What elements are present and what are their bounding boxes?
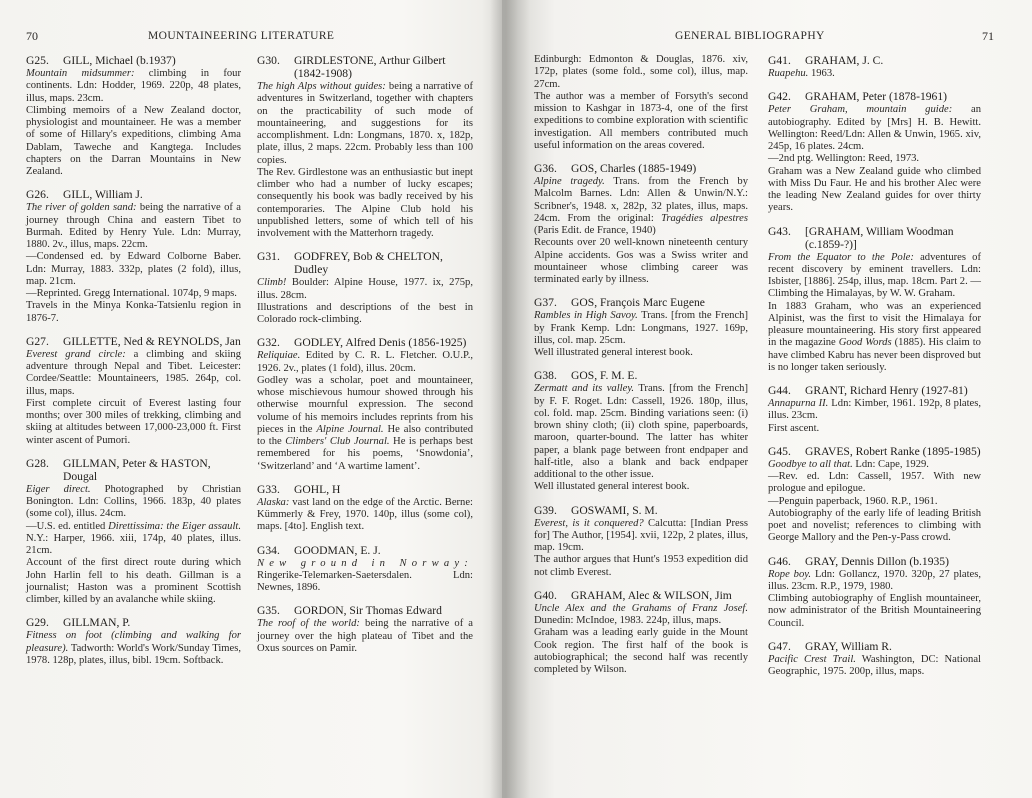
entry-author: GRAVES, Robert Ranke (1895-1985) [805,445,981,458]
entry-id: G34. [257,544,294,557]
entry-heading: G44.GRANT, Richard Henry (1927-81) [768,384,981,397]
entry-note: —Condensed ed. by Edward Colborne Baber.… [26,251,241,288]
entry-details: Trans. [from the French] by F. F. Roget.… [534,383,748,480]
entry-note: Account of the first direct route during… [26,557,241,606]
entry-id: G38. [534,369,571,382]
page-number: 71 [982,29,994,44]
entry-author: [GRAHAM, William Woodman (c.1859-?)] [805,225,981,251]
entry-title: Reliquiae. [257,350,300,361]
entry-title: Rambles in High Savoy. [534,310,638,321]
entry-title: Goodbye to all that. [768,459,853,470]
entry-note: Climbing autobiography of English mounta… [768,593,981,630]
entry-details: Ldn: Cape, 1929. [853,459,929,470]
entry-note: —Reprinted. Gregg International. 1074p, … [26,288,241,300]
entry-citation: Fitness on foot (climbing and walking fo… [26,630,241,667]
entry-heading: G31.GODFREY, Bob & CHELTON, Dudley [257,250,473,276]
entry-citation: Everest grand circle: a climbing and ski… [26,349,241,398]
entry-note: First ascent. [768,423,981,435]
entry-id: G47. [768,640,805,653]
entry-citation: Climb! Boulder: Alpine House, 1977. ix, … [257,277,473,302]
entry-heading: G29.GILLMAN, P. [26,616,241,629]
entry-citation: Everest, is it conquered? Calcutta: [Ind… [534,518,748,555]
entry-author: GRAY, William R. [805,640,981,653]
entry-citation: Reliquiae. Edited by C. R. L. Fletcher. … [257,350,473,375]
entry-note: The author argues that Hunt's 1953 exped… [534,554,748,579]
entry-author: GILLMAN, P. [63,616,241,629]
entry-citation: Goodbye to all that. Ldn: Cape, 1929. [768,459,981,471]
entry-id: G43. [768,225,805,251]
entry-heading: G34.GOODMAN, E. J. [257,544,473,557]
entry-id: G26. [26,188,63,201]
entry-note: Illustrations and descriptions of the be… [257,302,473,327]
bibliography-entry: G31.GODFREY, Bob & CHELTON, DudleyClimb!… [257,250,473,326]
entry-heading: G35.GORDON, Sir Thomas Edward [257,604,473,617]
entry-note: In 1883 Graham, who was an experienced A… [768,301,981,375]
entry-citation: Uncle Alex and the Grahams of Franz Jose… [534,603,748,628]
entry-citation: Alaska: vast land on the edge of the Arc… [257,497,473,534]
entry-author: GODLEY, Alfred Denis (1856-1925) [294,336,473,349]
bibliography-entry: G26.GILL, William J.The river of golden … [26,188,241,325]
bibliography-entry: G42.GRAHAM, Peter (1878-1961)Peter Graha… [768,90,981,214]
entry-title: Ruapehu. [768,68,808,79]
entry-heading: G38.GOS, F. M. E. [534,369,748,382]
bibliography-entry: G30.GIRDLESTONE, Arthur Gilbert (1842-19… [257,54,473,240]
bibliography-entry: G34.GOODMAN, E. J.New ground in Norway: … [257,544,473,595]
bibliography-entry: G32.GODLEY, Alfred Denis (1856-1925)Reli… [257,336,473,473]
column-3: Edinburgh: Edmonton & Douglas, 1876. xiv… [534,54,748,686]
entry-id: G44. [768,384,805,397]
entry-title: Eiger direct. [26,484,91,495]
entry-citation: Eiger direct. Photographed by Christian … [26,484,241,521]
entry-heading: G36.GOS, Charles (1885-1949) [534,162,748,175]
entry-note: —Rev. ed. Ldn: Cassell, 1957. With new p… [768,471,981,496]
entry-id: G29. [26,616,63,629]
entry-author: GRAY, Dennis Dillon (b.1935) [805,555,981,568]
entry-author: GILL, Michael (b.1937) [63,54,241,67]
entry-note: Godley was a scholar, poet and mountaine… [257,375,473,473]
entry-author: GOS, F. M. E. [571,369,748,382]
entry-id: G42. [768,90,805,103]
entry-note: First complete circuit of Everest lastin… [26,398,241,447]
bibliography-entry: G38.GOS, F. M. E.Zermatt and its valley.… [534,369,748,493]
continuation-entry: Edinburgh: Edmonton & Douglas, 1876. xiv… [534,54,748,152]
entry-heading: G27.GILLETTE, Ned & REYNOLDS, Jan [26,335,241,348]
entry-citation: Mountain midsummer: climbing in four con… [26,68,241,105]
entry-citation: From the Equator to the Pole: adventures… [768,252,981,301]
left-page: 70 MOUNTAINEERING LITERATURE G25.GILL, M… [0,0,502,798]
entry-note: Recounts over 20 well-known nineteenth c… [534,237,748,286]
entry-title: Pacific Crest Trail. [768,654,856,665]
entry-id: G27. [26,335,63,348]
entry-title: Rope boy. [768,569,811,580]
book-spread: 70 MOUNTAINEERING LITERATURE G25.GILL, M… [0,0,1032,798]
entry-heading: G30.GIRDLESTONE, Arthur Gilbert (1842-19… [257,54,473,80]
entry-author: GOS, François Marc Eugene [571,296,748,309]
bibliography-entry: G45.GRAVES, Robert Ranke (1895-1985)Good… [768,445,981,545]
entry-author: GOSWAMI, S. M. [571,504,748,517]
running-head: MOUNTAINEERING LITERATURE [148,30,334,42]
entry-heading: G39.GOSWAMI, S. M. [534,504,748,517]
entry-heading: G26.GILL, William J. [26,188,241,201]
entry-note: —2nd ptg. Wellington: Reed, 1973. [768,153,981,165]
entry-note: Well illustrated general interest book. [534,347,748,359]
entry-title: Mountain midsummer: [26,68,134,79]
bibliography-entry: G29.GILLMAN, P.Fitness on foot (climbing… [26,616,241,667]
entry-author: GILLMAN, Peter & HASTON, Dougal [63,457,241,483]
entry-title: Zermatt and its valley. [534,383,634,394]
entry-id: G41. [768,54,805,67]
entry-citation: Ruapehu. 1963. [768,68,981,80]
entry-title: Uncle Alex and the Grahams of Franz Jose… [534,603,748,614]
bibliography-entry: G39.GOSWAMI, S. M.Everest, is it conquer… [534,504,748,579]
entry-heading: G45.GRAVES, Robert Ranke (1895-1985) [768,445,981,458]
entry-note: Travels in the Minya Konka-Tatsienlu reg… [26,300,241,325]
bibliography-entry: G27.GILLETTE, Ned & REYNOLDS, JanEverest… [26,335,241,447]
entry-citation: The high Alps without guides: being a na… [257,81,473,167]
entry-note: The Rev. Girdlestone was an enthusiastic… [257,167,473,241]
entry-id: G31. [257,250,294,276]
bibliography-entry: G36.GOS, Charles (1885-1949)Alpine trage… [534,162,748,286]
entry-heading: G28.GILLMAN, Peter & HASTON, Dougal [26,457,241,483]
entry-author: GILLETTE, Ned & REYNOLDS, Jan [63,335,241,348]
entry-citation: Rambles in High Savoy. Trans. [from the … [534,310,748,347]
entry-heading: G32.GODLEY, Alfred Denis (1856-1925) [257,336,473,349]
bibliography-entry: G46.GRAY, Dennis Dillon (b.1935)Rope boy… [768,555,981,630]
entry-id: G36. [534,162,571,175]
entry-title: From the Equator to the Pole: [768,252,914,263]
entry-citation: Alpine tragedy. Trans. from the French b… [534,176,748,237]
bibliography-entry: G47.GRAY, William R.Pacific Crest Trail.… [768,640,981,679]
entry-details: 1963. [808,68,834,79]
entry-id: G28. [26,457,63,483]
entry-heading: G41.GRAHAM, J. C. [768,54,981,67]
entry-title: Alaska: [257,497,289,508]
entry-id: G40. [534,589,571,602]
column-1: G25.GILL, Michael (b.1937)Mountain midsu… [26,54,241,677]
entry-note: Graham was a leading early guide in the … [534,627,748,676]
entry-author: GILL, William J. [63,188,241,201]
entry-title: Alpine tragedy. [534,176,605,187]
entry-id: G32. [257,336,294,349]
entry-id: G33. [257,483,294,496]
entry-citation: New ground in Norway: Ringerike-Telemark… [257,558,473,595]
bibliography-entry: G33.GOHL, HAlaska: vast land on the edge… [257,483,473,534]
entry-title: The roof of the world: [257,618,360,629]
entry-id: G25. [26,54,63,67]
entry-title: The river of golden sand: [26,202,137,213]
entry-note: Graham was a New Zealand guide who climb… [768,166,981,215]
entry-citation: The river of golden sand: being the narr… [26,202,241,251]
entry-author: GRAHAM, J. C. [805,54,981,67]
entry-title: Climb! [257,277,286,288]
entry-id: G39. [534,504,571,517]
entry-details: Ringerike-Telemarken-Saetersdalen. Ldn: … [257,570,473,593]
bibliography-entry: G28.GILLMAN, Peter & HASTON, DougalEiger… [26,457,241,607]
entry-citation: The roof of the world: being the narrati… [257,618,473,655]
entry-details: Boulder: Alpine House, 1977. ix, 275p, i… [257,277,473,300]
entry-id: G35. [257,604,294,617]
entry-note: Climbing memoirs of a New Zealand doctor… [26,105,241,179]
entry-id: G45. [768,445,805,458]
column-4: G41.GRAHAM, J. C.Ruapehu. 1963.G42.GRAHA… [768,54,981,688]
entry-citation: Zermatt and its valley. Trans. [from the… [534,383,748,481]
entry-id: G37. [534,296,571,309]
bibliography-entry: G37.GOS, François Marc EugeneRambles in … [534,296,748,359]
entry-details: vast land on the edge of the Arctic. Ber… [257,497,473,533]
entry-title: Everest grand circle: [26,349,126,360]
column-3-entries: G36.GOS, Charles (1885-1949)Alpine trage… [534,162,748,676]
entry-author: GRAHAM, Peter (1878-1961) [805,90,981,103]
entry-note: Well illustated general interest book. [534,481,748,493]
entry-title: Everest, is it conquered? [534,518,644,529]
entry-title: New ground in Norway: [257,558,473,569]
entry-author: GIRDLESTONE, Arthur Gilbert (1842-1908) [294,54,473,80]
entry-heading: G40.GRAHAM, Alec & WILSON, Jim [534,589,748,602]
entry-author: GRAHAM, Alec & WILSON, Jim [571,589,748,602]
entry-details: being a narrative of adventures in Switz… [257,81,473,166]
page-number: 70 [26,29,38,44]
entry-id: G30. [257,54,294,80]
entry-author: GOHL, H [294,483,473,496]
entry-heading: G33.GOHL, H [257,483,473,496]
entry-note: —U.S. ed. entitled Direttissima: the Eig… [26,521,241,558]
entry-heading: G47.GRAY, William R. [768,640,981,653]
entry-author: GODFREY, Bob & CHELTON, Dudley [294,250,473,276]
entry-citation: Annapurna II. Ldn: Kimber, 1961. 192p, 8… [768,398,981,423]
bibliography-entry: G40.GRAHAM, Alec & WILSON, JimUncle Alex… [534,589,748,677]
entry-note: Autobiography of the early life of leadi… [768,508,981,545]
entry-id: G46. [768,555,805,568]
entry-citation: Peter Graham, mountain guide: an autobio… [768,104,981,153]
bibliography-entry: G41.GRAHAM, J. C.Ruapehu. 1963. [768,54,981,80]
entry-title: Peter Graham, mountain guide: [768,104,952,115]
entry-citation: Rope boy. Ldn: Gollancz, 1970. 320p, 27 … [768,569,981,594]
entry-heading: G37.GOS, François Marc Eugene [534,296,748,309]
entry-note: —Penguin paperback, 1960. R.P., 1961. [768,496,981,508]
entry-citation: Pacific Crest Trail. Washington, DC: Nat… [768,654,981,679]
right-page: GENERAL BIBLIOGRAPHY 71 Edinburgh: Edmon… [502,0,1032,798]
entry-heading: G25.GILL, Michael (b.1937) [26,54,241,67]
entry-author: GOODMAN, E. J. [294,544,473,557]
entry-heading: G46.GRAY, Dennis Dillon (b.1935) [768,555,981,568]
entry-details: Edinburgh: Edmonton & Douglas, 1876. xiv… [534,54,748,91]
column-2: G30.GIRDLESTONE, Arthur Gilbert (1842-19… [257,54,473,665]
bibliography-entry: G25.GILL, Michael (b.1937)Mountain midsu… [26,54,241,178]
entry-note: The author was a member of Forsyth's sec… [534,91,748,152]
entry-author: GRANT, Richard Henry (1927-81) [805,384,981,397]
entry-title: The high Alps without guides: [257,81,386,92]
bibliography-entry: G35.GORDON, Sir Thomas EdwardThe roof of… [257,604,473,655]
entry-details: Dunedin: McIndoe, 1983. 224p, illus, map… [534,615,721,626]
entry-title: Annapurna II. [768,398,828,409]
entry-author: GOS, Charles (1885-1949) [571,162,748,175]
entry-heading: G42.GRAHAM, Peter (1878-1961) [768,90,981,103]
entry-author: GORDON, Sir Thomas Edward [294,604,473,617]
bibliography-entry: G44.GRANT, Richard Henry (1927-81)Annapu… [768,384,981,435]
running-head: GENERAL BIBLIOGRAPHY [675,30,825,42]
entry-heading: G43.[GRAHAM, William Woodman (c.1859-?)] [768,225,981,251]
bibliography-entry: G43.[GRAHAM, William Woodman (c.1859-?)]… [768,225,981,375]
